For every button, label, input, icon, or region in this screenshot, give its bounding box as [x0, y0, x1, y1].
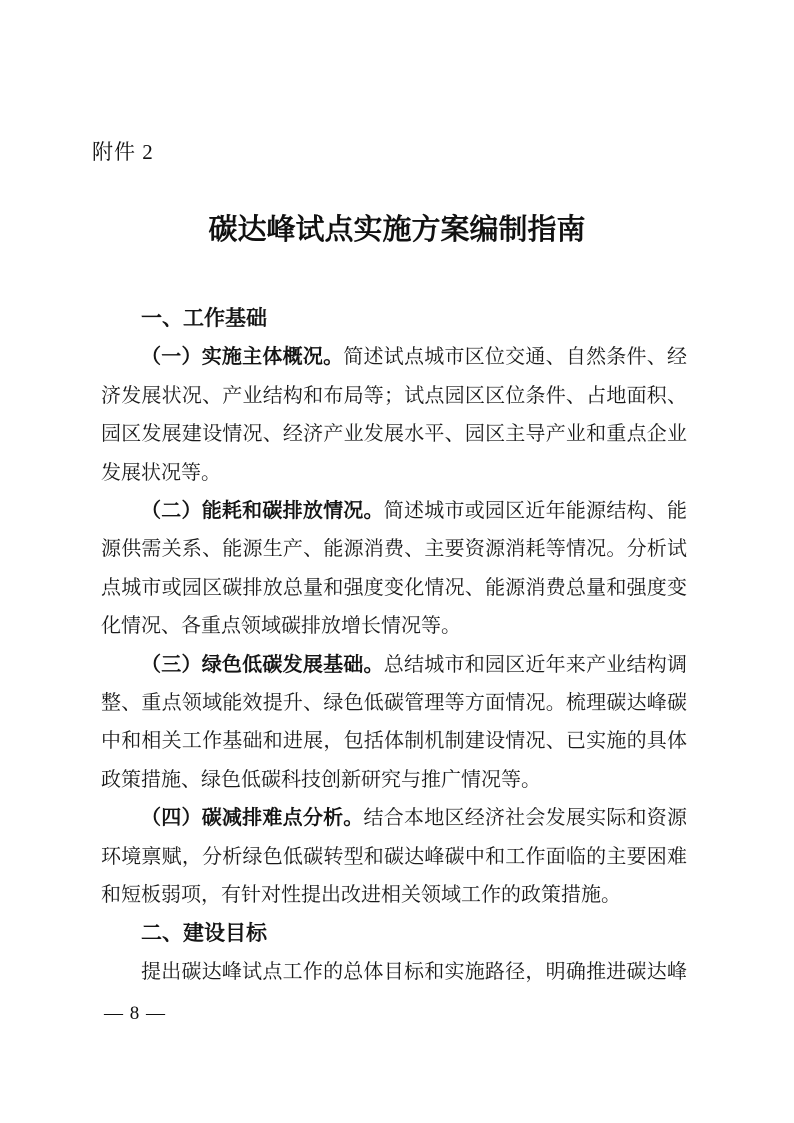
paragraph-2-text: 简述城市或园区近年能源结构、能 — [384, 500, 687, 522]
paragraph-2-line-2: 源供需关系、能源生产、能源消费、主要资源消耗等情况。分析试 — [101, 530, 687, 568]
paragraph-1-line-1: （一）实施主体概况。简述试点城市区位交通、自然条件、经 — [101, 338, 687, 376]
paragraph-5-text: 提出碳达峰试点工作的总体目标和实施路径，明确推进碳达峰 — [141, 961, 687, 983]
document-title: 碳达峰试点实施方案编制指南 — [0, 211, 794, 249]
paragraph-3-line-4: 政策措施、绿色低碳科技创新研究与推广情况等。 — [101, 761, 687, 799]
paragraph-1-lead: （一）实施主体概况。 — [141, 346, 343, 368]
paragraph-3-text: 总结城市和园区近年来产业结构调 — [384, 654, 687, 676]
paragraph-1-text: 简述试点城市区位交通、自然条件、经 — [343, 346, 687, 368]
paragraph-3-line-3: 中和相关工作基础和进展，包括体制机制建设情况、已实施的具体 — [101, 722, 687, 760]
paragraph-3-line-2: 整、重点领域能效提升、绿色低碳管理等方面情况。梳理碳达峰碳 — [101, 684, 687, 722]
paragraph-2-line-4: 化情况、各重点领域碳排放增长情况等。 — [101, 607, 687, 645]
paragraph-4-text: 结合本地区经济社会发展实际和资源 — [364, 807, 687, 829]
section-heading-construction-goals: 二、建设目标 — [101, 915, 687, 953]
paragraph-4-line-3: 和短板弱项，有针对性提出改进相关领域工作的政策措施。 — [101, 876, 687, 914]
paragraph-4-line-2: 环境禀赋，分析绿色低碳转型和碳达峰碳中和工作面临的主要困难 — [101, 838, 687, 876]
paragraph-2-line-1: （二）能耗和碳排放情况。简述城市或园区近年能源结构、能 — [101, 492, 687, 530]
attachment-label: 附件 2 — [92, 139, 154, 165]
section-heading-work-basis: 一、工作基础 — [101, 300, 687, 338]
paragraph-1-line-4: 发展状况等。 — [101, 454, 687, 492]
paragraph-3-line-1: （三）绿色低碳发展基础。总结城市和园区近年来产业结构调 — [101, 646, 687, 684]
paragraph-4-lead: （四）碳减排难点分析。 — [141, 807, 364, 829]
document-page: 附件 2 碳达峰试点实施方案编制指南 一、工作基础 （一）实施主体概况。简述试点… — [0, 0, 794, 1123]
document-body: 一、工作基础 （一）实施主体概况。简述试点城市区位交通、自然条件、经 济发展状况… — [101, 300, 687, 991]
paragraph-3-lead: （三）绿色低碳发展基础。 — [141, 654, 384, 676]
paragraph-1-line-3: 园区发展建设情况、经济产业发展水平、园区主导产业和重点企业 — [101, 415, 687, 453]
paragraph-2-line-3: 点城市或园区碳排放总量和强度变化情况、能源消费总量和强度变 — [101, 569, 687, 607]
paragraph-1-line-2: 济发展状况、产业结构和布局等；试点园区区位条件、占地面积、 — [101, 377, 687, 415]
paragraph-4-line-1: （四）碳减排难点分析。结合本地区经济社会发展实际和资源 — [101, 799, 687, 837]
page-number: — 8 — — [104, 1002, 166, 1026]
paragraph-2-lead: （二）能耗和碳排放情况。 — [141, 500, 384, 522]
paragraph-5-line-1: 提出碳达峰试点工作的总体目标和实施路径，明确推进碳达峰 — [101, 953, 687, 991]
